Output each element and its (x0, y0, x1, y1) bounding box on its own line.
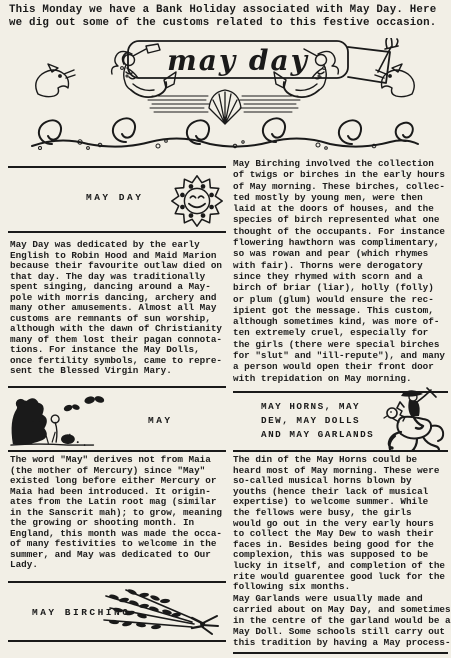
section-rule (233, 652, 448, 654)
butterfly-icon (84, 395, 106, 405)
section-rule (8, 231, 226, 233)
may-garlands-paragraph: May Garlands were usually made and carri… (233, 594, 451, 649)
scallop-shell-icon (209, 90, 241, 124)
may-birching-paragraph: May Birching involved the collection of … (233, 158, 445, 384)
dolphin-right-icon (375, 64, 414, 97)
section-rule (8, 640, 226, 642)
may-day-paragraph: May Day was dedicated by the early Engli… (10, 240, 222, 377)
section-title-may: MAY (148, 415, 173, 426)
may-day-banner: may day (30, 38, 420, 153)
section-title-may-horns: MAY HORNS, MAY DEW, MAY DOLLS AND MAY GA… (261, 400, 374, 441)
may-paragraph: The word "May" derives not from Maia (th… (10, 455, 222, 571)
scanned-newsletter-page: This Monday we have a Bank Holiday assoc… (0, 0, 451, 658)
banner-title: may day (167, 44, 309, 77)
mermaids-waves-illustration: may day (30, 38, 420, 153)
sea-hatching (148, 96, 300, 112)
section-title-may-day: MAY DAY (86, 192, 143, 203)
butterfly-icon (63, 403, 80, 412)
section-rule (8, 450, 226, 452)
may-horns-paragraph: The din of the May Horns could be heard … (233, 455, 445, 593)
hobby-horse-rider-icon (383, 386, 449, 452)
intro-text: This Monday we have a Bank Holiday assoc… (9, 4, 436, 29)
section-rule (8, 166, 226, 168)
garden-butterflies-icon (8, 391, 118, 448)
smiling-sun-icon (170, 173, 224, 229)
dolphin-left-icon (36, 64, 75, 97)
section-rule (8, 386, 226, 388)
section-rule (8, 581, 226, 583)
birch-twigs-icon (100, 586, 220, 638)
